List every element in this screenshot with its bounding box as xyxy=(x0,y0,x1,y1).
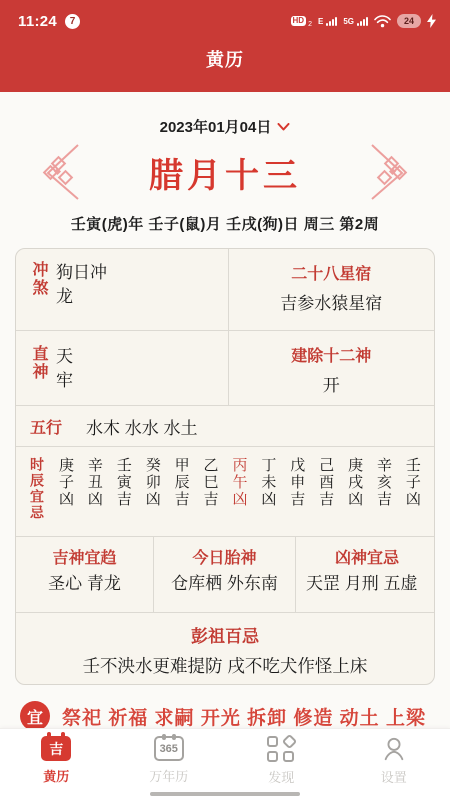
almanac-calendar-icon: 吉 xyxy=(41,736,71,761)
row-shen: 吉神宜趋 圣心 青龙 今日胎神 仓库栖 外东南 凶神宜忌 天罡 月刑 五虚 xyxy=(16,537,434,613)
hour-item: 丁未凶 xyxy=(260,457,275,526)
lunar-date-row: 腊月十三 xyxy=(0,137,450,201)
tab-almanac[interactable]: 吉 黄历 xyxy=(0,729,113,800)
xingxiu-title: 二十八星宿 xyxy=(237,261,427,284)
jishen-title: 吉神宜趋 xyxy=(22,545,147,568)
hour-item: 己酉吉 xyxy=(318,457,333,526)
right-ornament-icon xyxy=(362,143,414,201)
wuxing-label: 五行 xyxy=(30,415,62,438)
row-chongsha-xingxiu: 冲煞 狗日冲龙 二十八星宿 吉参水猿星宿 xyxy=(16,249,434,331)
taishen-cell: 今日胎神 仓库栖 外东南 xyxy=(154,537,296,612)
wuxing-value: 水木 水水 水土 xyxy=(86,414,197,439)
almanac-app: 11:24 7 HD 2 E 5G 24 xyxy=(0,0,450,800)
chevron-down-icon[interactable] xyxy=(277,123,290,131)
hour-item: 癸卯凶 xyxy=(145,457,160,526)
lunar-date-title: 腊月十三 xyxy=(149,148,301,197)
tab-label: 万年历 xyxy=(149,766,188,785)
status-bar: 11:24 7 HD 2 E 5G 24 xyxy=(0,0,450,34)
wifi-icon xyxy=(374,15,391,28)
row-hours: 时辰宜忌 庚子凶 辛丑凶 壬寅吉 癸卯凶 甲辰吉 乙巳吉 丙午凶 丁未凶 戊申吉… xyxy=(16,447,434,537)
tab-label: 黄历 xyxy=(43,766,69,785)
hour-item: 戊申吉 xyxy=(289,457,304,526)
hd-voice-icon: HD xyxy=(291,16,307,26)
title-bar: 黄历 xyxy=(0,34,450,84)
chongsha-label: 冲煞 xyxy=(30,261,46,322)
tab-settings[interactable]: 设置 xyxy=(338,729,450,800)
row-pengzu: 彭祖百忌 壬不泱水更难提防 戌不吃犬作怪上床 xyxy=(16,613,434,684)
jishen-value: 圣心 青龙 xyxy=(22,573,147,594)
calendar-365-icon: 365 xyxy=(154,736,184,761)
hour-item: 甲辰吉 xyxy=(174,457,189,526)
tab-label: 设置 xyxy=(381,767,407,786)
hours-columns: 庚子凶 辛丑凶 壬寅吉 癸卯凶 甲辰吉 乙巳吉 丙午凶 丁未凶 戊申吉 己酉吉 … xyxy=(58,457,422,526)
zhishen-label: 直神 xyxy=(30,345,46,397)
discover-icon xyxy=(267,736,295,762)
hour-item: 辛亥吉 xyxy=(376,457,391,526)
hour-item: 丙午凶 xyxy=(231,457,246,526)
hd-sub-label: 2 xyxy=(308,21,312,28)
xiongshen-title: 凶神宜忌 xyxy=(306,545,428,568)
suitable-activities: 祭祀 祈福 求嗣 开光 拆卸 修造 动土 上梁 xyxy=(62,703,426,730)
clock: 11:24 xyxy=(18,13,57,30)
almanac-card: 冲煞 狗日冲龙 二十八星宿 吉参水猿星宿 直神 天牢 建除十二神 开 五行 水木… xyxy=(15,248,435,685)
left-ornament-icon xyxy=(36,143,88,201)
date-selector[interactable]: 2023年01月04日 xyxy=(0,92,450,137)
settings-person-icon xyxy=(380,736,408,762)
jianchu-title: 建除十二神 xyxy=(237,343,427,366)
row-wuxing: 五行 水木 水水 水土 xyxy=(16,406,434,447)
zhishen-value: 天牢 xyxy=(56,345,78,397)
tab-discover[interactable]: 发现 xyxy=(225,729,338,800)
taishen-value: 仓库栖 外东南 xyxy=(160,573,289,594)
signal-5g-icon: 5G xyxy=(343,17,368,26)
zhishen-cell: 直神 天牢 xyxy=(16,331,229,405)
notification-count-icon: 7 xyxy=(65,14,80,29)
row-zhishen-jianchu: 直神 天牢 建除十二神 开 xyxy=(16,331,434,406)
taishen-title: 今日胎神 xyxy=(160,545,289,568)
suitable-row: 宜 祭祀 祈福 求嗣 开光 拆卸 修造 动土 上梁 xyxy=(0,685,450,731)
pengzu-title: 彭祖百忌 xyxy=(16,622,434,647)
home-indicator[interactable] xyxy=(150,792,300,796)
hours-label: 时辰宜忌 xyxy=(30,457,44,526)
hour-item: 辛丑凶 xyxy=(87,457,102,526)
jishen-cell: 吉神宜趋 圣心 青龙 xyxy=(16,537,154,612)
hour-item: 壬寅吉 xyxy=(116,457,131,526)
battery-icon: 24 xyxy=(397,14,421,28)
jianchu-cell: 建除十二神 开 xyxy=(229,331,435,405)
yi-badge-icon: 宜 xyxy=(20,701,50,731)
tab-bar: 吉 黄历 365 万年历 发现 设置 xyxy=(0,728,450,800)
pengzu-value: 壬不泱水更难提防 戌不吃犬作怪上床 xyxy=(16,653,434,678)
hour-item: 乙巳吉 xyxy=(203,457,218,526)
hour-item: 壬子凶 xyxy=(405,457,420,526)
tab-label: 发现 xyxy=(268,767,294,786)
xiongshen-value: 天罡 月刑 五虚 xyxy=(306,573,428,594)
header: 11:24 7 HD 2 E 5G 24 xyxy=(0,0,450,92)
hour-item: 庚子凶 xyxy=(58,457,73,526)
xingxiu-cell: 二十八星宿 吉参水猿星宿 xyxy=(229,249,435,330)
page-title: 黄历 xyxy=(206,46,244,72)
signal-e-icon: E xyxy=(318,17,337,26)
tab-perpetual-calendar[interactable]: 365 万年历 xyxy=(113,729,226,800)
xingxiu-value: 吉参水猿星宿 xyxy=(237,289,427,314)
ganzhi-line: 壬寅(虎)年 壬子(鼠)月 壬戌(狗)日 周三 第2周 xyxy=(0,201,450,234)
chongsha-cell: 冲煞 狗日冲龙 xyxy=(16,249,229,330)
charging-bolt-icon xyxy=(427,14,436,28)
hour-item: 庚戌凶 xyxy=(347,457,362,526)
chongsha-value: 狗日冲龙 xyxy=(56,261,114,322)
jianchu-value: 开 xyxy=(237,371,427,396)
date-label[interactable]: 2023年01月04日 xyxy=(160,116,272,137)
xiongshen-cell: 凶神宜忌 天罡 月刑 五虚 xyxy=(296,537,434,612)
